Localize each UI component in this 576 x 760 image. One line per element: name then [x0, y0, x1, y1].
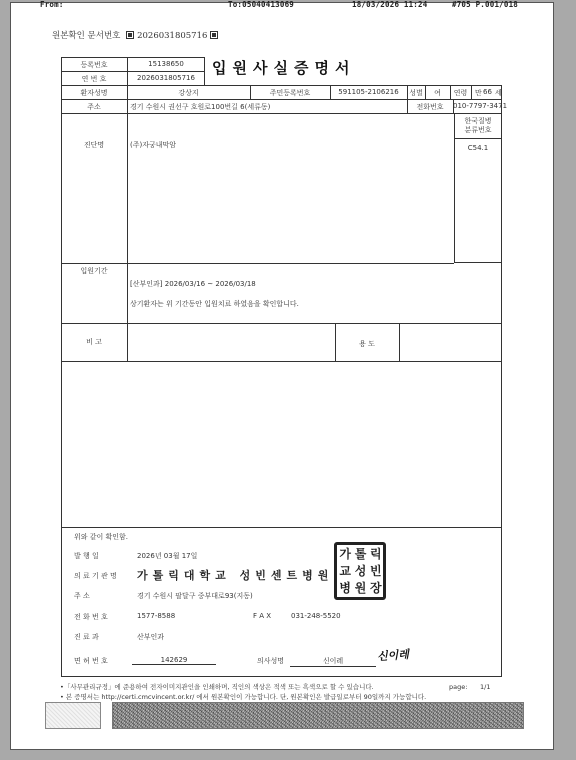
phone: 010-7797-3471: [453, 102, 502, 110]
footer-note-seal: •「사무관리규정」에 준용하여 전자이미지관인을 인쇄하며, 직인의 색상은 적…: [60, 682, 374, 691]
doctor-signature: 신이레: [376, 646, 409, 664]
institution-label: 의 료 기 관 명: [74, 571, 117, 581]
admission-statement: 상기환자는 위 기간동안 입원치료 하였음을 확인합니다.: [130, 299, 299, 309]
hospital-seal-stamp: 가톨릭 교성빈 병원장: [334, 542, 386, 600]
footer-note-verify: • 본 증명서는 http://certi.cmcvincent.or.kr/ …: [60, 692, 426, 701]
security-pattern-small: [45, 702, 101, 729]
license-field: 142629: [132, 656, 216, 665]
resident-id-label: 주민등록번호: [250, 88, 330, 98]
footer-page-label: page:: [449, 683, 467, 691]
kcd-code: C54.1: [454, 144, 502, 152]
registration-label: 등록번호: [61, 60, 127, 70]
age-label: 연령: [450, 88, 471, 98]
issuer-phone-label: 전 화 번 호: [74, 612, 108, 622]
fax-from: From:: [40, 0, 64, 9]
patient-name-label: 환자성명: [61, 88, 127, 98]
issuer-address-label: 주 소: [74, 591, 90, 601]
admission-label: 입원기간: [61, 266, 127, 276]
serial-label: 연 번 호: [61, 74, 127, 84]
purpose-label: 용 도: [335, 339, 399, 349]
remarks-label: 비 고: [61, 337, 127, 347]
department-label: 진 료 과: [74, 632, 99, 642]
diagnosis: (주)자궁내막암: [130, 140, 176, 150]
kcd-label: 한국질병 분류번호: [454, 117, 502, 135]
institution-name: 가톨릭대학교 성빈센트병원: [137, 567, 333, 583]
registration-number: 15138650: [127, 60, 205, 68]
serial-number: 2026031805716: [127, 74, 205, 82]
doctor-field: 신이레: [290, 656, 376, 667]
age-prefix: 만: [475, 88, 482, 98]
sex-value: 여: [425, 88, 450, 98]
age-suffix: 세: [495, 88, 502, 98]
address-label: 주소: [61, 102, 127, 112]
issuer-address: 경기 수원시 팔달구 중부대로93(지동): [137, 591, 253, 601]
issuer-fax-label: F A X: [253, 612, 271, 620]
original-doc-number: 2026031805716: [137, 31, 207, 41]
patient-name: 강상지: [127, 88, 250, 98]
diagnosis-label: 진단명: [61, 140, 127, 150]
doctor-name: 신이레: [290, 656, 376, 667]
doctor-label: 의사성명: [257, 656, 284, 666]
checkbox-marker-icon: [210, 31, 218, 39]
fax-datetime: 18/03/2026 11:24: [352, 0, 427, 9]
issuer-section: [61, 361, 502, 677]
issue-date: 2026년 03월 17일: [137, 551, 197, 561]
age-value: 66: [483, 88, 492, 96]
sex-label: 성별: [407, 88, 425, 98]
license-label: 면 허 번 호: [74, 656, 108, 666]
checkbox-marker-icon: [126, 31, 134, 39]
issuer-fax: 031-248-5520: [291, 612, 341, 620]
fax-to: To:05040413069: [228, 0, 294, 9]
department: 산부인과: [137, 632, 164, 642]
issuer-phone: 1577-8588: [137, 612, 175, 620]
document-title: 입원사실증명서: [212, 57, 355, 78]
phone-label: 전화번호: [407, 102, 453, 112]
issue-date-label: 발 행 일: [74, 551, 99, 561]
original-check-label: 원본확인 문서번호: [52, 31, 120, 41]
fax-page-ref: #705 P.001/018: [452, 0, 518, 9]
security-barcode-pattern: [112, 702, 524, 729]
resident-id: 591105-2106216: [330, 88, 407, 96]
confirm-text: 위와 같이 확인함.: [74, 532, 128, 542]
license-number: 142629: [132, 656, 216, 665]
original-check: 원본확인 문서번호 2026031805716: [52, 29, 221, 41]
footer-page-value: 1/1: [480, 683, 490, 691]
address: 경기 수원시 권선구 호원로100번길 6(세류동): [130, 102, 270, 112]
admission-period: [산부인과] 2026/03/16 ~ 2026/03/18: [130, 279, 256, 289]
